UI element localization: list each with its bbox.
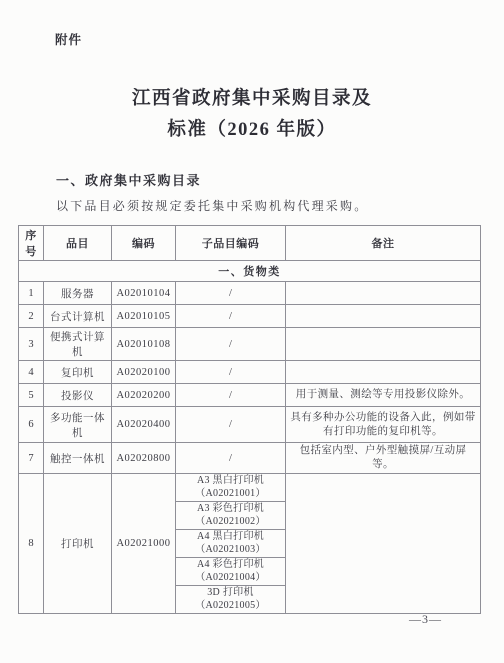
cell-remark — [286, 474, 481, 614]
cell-no: 7 — [19, 443, 44, 474]
cell-item: 多功能一体机 — [44, 407, 112, 443]
document-title: 江西省政府集中采购目录及 标准（2026 年版） — [0, 84, 504, 146]
table-row: 1 服务器 A02010104 / — [19, 282, 481, 305]
cell-code: A02010105 — [112, 305, 176, 328]
category-row: 一、货物类 — [19, 261, 481, 282]
subitem-code: （A02021003） — [179, 544, 282, 557]
category-label: 一、货物类 — [19, 261, 481, 282]
table-row: 7 触控一体机 A02020800 / 包括室内型、户外型触摸屏/互动屏等。 — [19, 443, 481, 474]
document-title-line1: 江西省政府集中采购目录及 — [0, 84, 504, 115]
cell-no: 4 — [19, 361, 44, 384]
cell-remark — [286, 361, 481, 384]
column-header-no: 序号 — [19, 226, 44, 261]
cell-no: 8 — [19, 474, 44, 614]
subitem-name: A3 彩色打印机 — [179, 503, 282, 516]
cell-item: 复印机 — [44, 361, 112, 384]
cell-item: 便携式计算机 — [44, 328, 112, 361]
subitem-code: （A02021005） — [179, 600, 282, 613]
subitem-code: （A02021002） — [179, 516, 282, 529]
subitem-name: 3D 打印机 — [179, 587, 282, 600]
document-page: 附件 江西省政府集中采购目录及 标准（2026 年版） 一、政府集中采购目录 以… — [0, 0, 504, 663]
cell-subcode: / — [176, 407, 286, 443]
cell-code: A02010108 — [112, 328, 176, 361]
cell-remark: 具有多种办公功能的设备入此，例如带有打印功能的复印机等。 — [286, 407, 481, 443]
table-row: 2 台式计算机 A02010105 / — [19, 305, 481, 328]
column-header-remark: 备注 — [286, 226, 481, 261]
procurement-table: 序号 品目 编码 子品目编码 备注 一、货物类 1 服务器 A02010104 … — [18, 225, 481, 614]
cell-subcode: / — [176, 328, 286, 361]
attachment-label: 附件 — [55, 30, 82, 48]
cell-subcode: / — [176, 443, 286, 474]
cell-remark: 用于测量、测绘等专用投影仪除外。 — [286, 384, 481, 407]
cell-item: 触控一体机 — [44, 443, 112, 474]
cell-subitem: A3 彩色打印机 （A02021002） — [176, 502, 286, 530]
cell-subitem: A3 黑白打印机 （A02021001） — [176, 474, 286, 502]
subitem-code: （A02021001） — [179, 488, 282, 501]
cell-code: A02020800 — [112, 443, 176, 474]
table-header-row: 序号 品目 编码 子品目编码 备注 — [19, 226, 481, 261]
cell-remark — [286, 305, 481, 328]
cell-item: 服务器 — [44, 282, 112, 305]
cell-code: A02021000 — [112, 474, 176, 614]
cell-subcode: / — [176, 282, 286, 305]
subitem-name: A4 黑白打印机 — [179, 531, 282, 544]
cell-item: 台式计算机 — [44, 305, 112, 328]
printer-row: 8 打印机 A02021000 A3 黑白打印机 （A02021001） — [19, 474, 481, 502]
cell-no: 5 — [19, 384, 44, 407]
cell-remark — [286, 282, 481, 305]
cell-no: 3 — [19, 328, 44, 361]
subitem-name: A3 黑白打印机 — [179, 475, 282, 488]
table-row: 4 复印机 A02020100 / — [19, 361, 481, 384]
cell-subitem: 3D 打印机 （A02021005） — [176, 586, 286, 614]
cell-item: 投影仪 — [44, 384, 112, 407]
column-header-subcode: 子品目编码 — [176, 226, 286, 261]
cell-no: 1 — [19, 282, 44, 305]
cell-subcode: / — [176, 384, 286, 407]
cell-no: 6 — [19, 407, 44, 443]
subitem-name: A4 彩色打印机 — [179, 559, 282, 572]
cell-subitem: A4 黑白打印机 （A02021003） — [176, 530, 286, 558]
cell-code: A02010104 — [112, 282, 176, 305]
cell-subitem: A4 彩色打印机 （A02021004） — [176, 558, 286, 586]
column-header-item: 品目 — [44, 226, 112, 261]
table-row: 3 便携式计算机 A02010108 / — [19, 328, 481, 361]
column-header-code: 编码 — [112, 226, 176, 261]
section-heading: 一、政府集中采购目录 — [56, 170, 201, 189]
table-row: 5 投影仪 A02020200 / 用于测量、测绘等专用投影仪除外。 — [19, 384, 481, 407]
cell-code: A02020200 — [112, 384, 176, 407]
table-row: 6 多功能一体机 A02020400 / 具有多种办公功能的设备入此，例如带有打… — [19, 407, 481, 443]
cell-subcode: / — [176, 361, 286, 384]
cell-code: A02020100 — [112, 361, 176, 384]
cell-no: 2 — [19, 305, 44, 328]
cell-item: 打印机 — [44, 474, 112, 614]
intro-text: 以下品目必须按规定委托集中采购机构代理采购。 — [56, 197, 368, 214]
cell-remark: 包括室内型、户外型触摸屏/互动屏等。 — [286, 443, 481, 474]
subitem-code: （A02021004） — [179, 572, 282, 585]
cell-remark — [286, 328, 481, 361]
document-title-line2: 标准（2026 年版） — [0, 115, 504, 146]
page-number: —3— — [409, 612, 442, 627]
cell-code: A02020400 — [112, 407, 176, 443]
cell-subcode: / — [176, 305, 286, 328]
